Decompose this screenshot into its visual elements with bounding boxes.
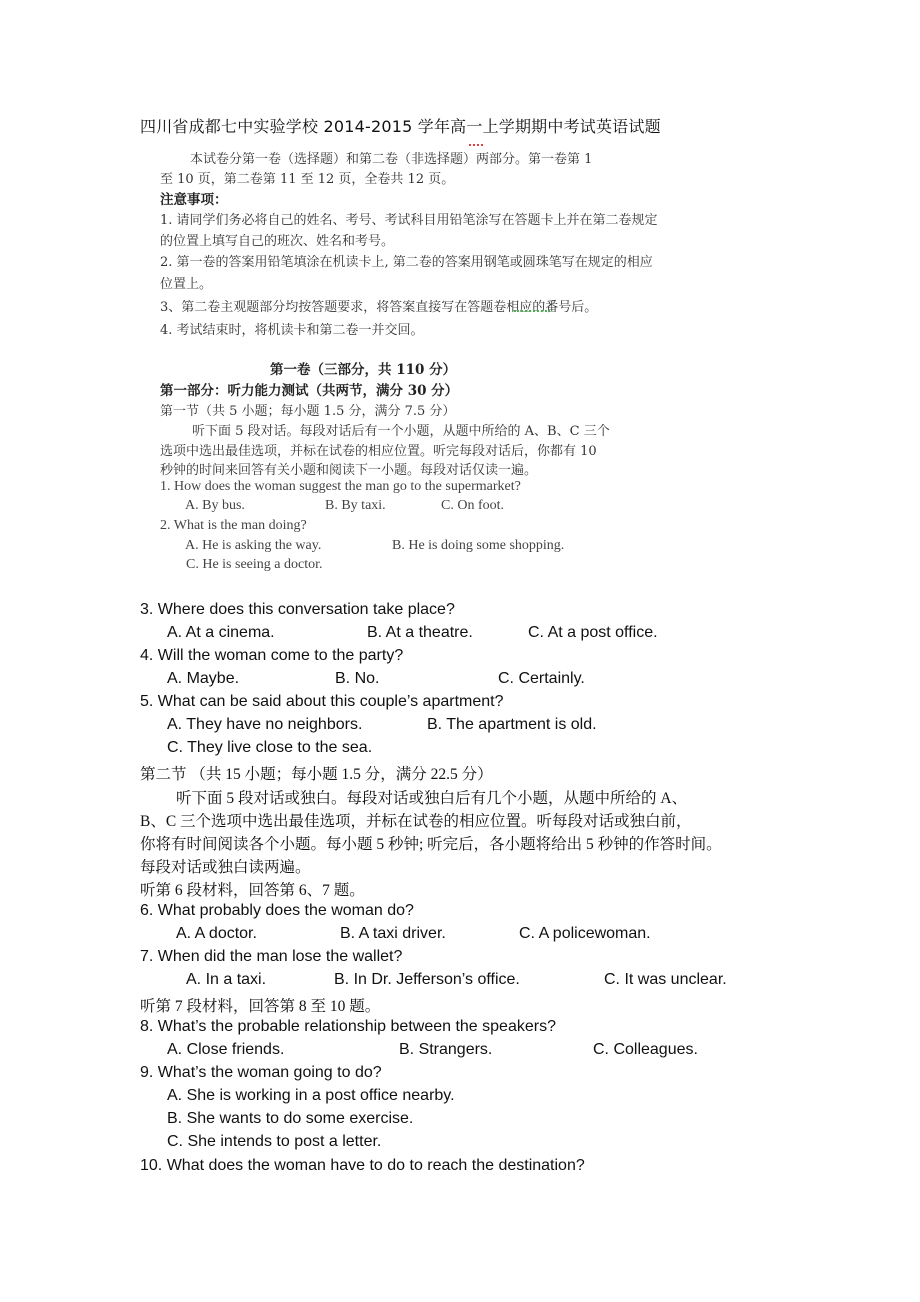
option-6a: A. A doctor.	[176, 925, 257, 943]
option-8b: B. Strangers.	[399, 1041, 492, 1059]
material-7-heading: 听第 7 段材料，回答第 8 至 10 题。	[140, 994, 380, 1016]
question-5: 5. What can be said about this couple’s …	[140, 693, 503, 711]
option-1a: A. By bus.	[185, 498, 245, 514]
subsection2-instruction: B、C 三个选项中选出最佳选项，并标在试卷的相应位置。听每段对话或独白前，	[140, 809, 692, 831]
option-9a: A. She is working in a post office nearb…	[167, 1087, 455, 1105]
question-6: 6. What probably does the woman do?	[140, 902, 414, 920]
option-8a: A. Close friends.	[167, 1041, 284, 1059]
question-10: 10. What does the woman have to do to re…	[140, 1157, 585, 1175]
subsection2-instruction: 每段对话或独白读两遍。	[140, 855, 311, 877]
option-6b: B. A taxi driver.	[340, 925, 446, 943]
spellcheck-underline	[469, 141, 483, 146]
subsection2-instruction: 你将有时间阅读各个小题。每小题 5 秒钟; 听完后，各小题将给出 5 秒钟的作答…	[140, 832, 722, 854]
option-3a: A. At a cinema.	[167, 624, 275, 642]
option-3b: B. At a theatre.	[367, 624, 473, 642]
intro-line-1: 本试卷分第一卷（选择题）和第二卷（非选择题）两部分。第一卷第 1	[190, 148, 592, 167]
intro-line-2: 至 10 页，第二卷第 11 至 12 页，全卷共 12 页。	[160, 168, 454, 187]
material-6-heading: 听第 6 段材料，回答第 6、7 题。	[140, 878, 365, 900]
part1-heading: 第一卷（三部分，共 110 分）	[270, 358, 456, 378]
subsection1-heading: 第一节（共 5 小题；每小题 1.5 分，满分 7.5 分）	[160, 400, 455, 419]
subsection2-instruction: 听下面 5 段对话或独白。每段对话或独白后有几个小题，从题中所给的 A、	[176, 786, 687, 808]
option-5a: A. They have no neighbors.	[167, 716, 362, 734]
option-5c: C. They live close to the sea.	[167, 739, 372, 757]
option-1b: B. By taxi.	[325, 498, 386, 514]
option-4c: C. Certainly.	[498, 670, 585, 688]
question-7: 7. When did the man lose the wallet?	[140, 948, 402, 966]
notes-heading: 注意事项：	[160, 188, 228, 208]
subsection2-heading: 第二节 （共 15 小题；每小题 1.5 分，满分 22.5 分）	[140, 762, 493, 784]
question-4: 4. Will the woman come to the party?	[140, 647, 403, 665]
option-9b: B. She wants to do some exercise.	[167, 1110, 413, 1128]
option-6c: C. A policewoman.	[519, 925, 651, 943]
option-4a: A. Maybe.	[167, 670, 239, 688]
document-title: 四川省成都七中实验学校 2014-2015 学年高一上学期期中考试英语试题	[140, 114, 661, 137]
option-3c: C. At a post office.	[528, 624, 658, 642]
subsection1-instruction: 听下面 5 段对话。每段对话后有一个小题，从题中所给的 A、B、C 三个	[192, 420, 610, 439]
option-4b: B. No.	[335, 670, 379, 688]
notes-item: 2. 第一卷的答案用铅笔填涂在机读卡上, 第二卷的答案用钢笔或圆珠笔写在规定的相…	[160, 251, 653, 270]
notes-item: 的位置上填写自己的班次、姓名和考号。	[160, 230, 394, 249]
notes-item: 位置上。	[160, 273, 212, 292]
subsection1-instruction: 秒钟的时间来回答有关小题和阅读下一小题。每段对话仅读一遍。	[160, 459, 537, 478]
question-3: 3. Where does this conversation take pla…	[140, 601, 455, 619]
notes-item: 3、第二卷主观题部分均按答题要求，将答案直接写在答题卷相应的番号后。	[160, 296, 597, 315]
option-8c: C. Colleagues.	[593, 1041, 698, 1059]
option-9c: C. She intends to post a letter.	[167, 1133, 381, 1151]
subsection1-instruction: 选项中选出最佳选项，并标在试卷的相应位置。听完每段对话后，你都有 10	[160, 440, 597, 459]
section1-heading: 第一部分：听力能力测试（共两节，满分 30 分）	[160, 379, 458, 399]
option-5b: B. The apartment is old.	[427, 716, 597, 734]
question-9: 9. What’s the woman going to do?	[140, 1064, 382, 1082]
document-page: 四川省成都七中实验学校 2014-2015 学年高一上学期期中考试英语试题 本试…	[0, 0, 920, 1302]
notes-item: 4. 考试结束时，将机读卡和第二卷一并交回。	[160, 319, 424, 338]
option-2a: A. He is asking the way.	[185, 538, 321, 554]
option-7b: B. In Dr. Jefferson’s office.	[334, 971, 520, 989]
question-1: 1. How does the woman suggest the man go…	[160, 479, 521, 495]
notes-item: 1. 请同学们务必将自己的姓名、考号、考试科目用铅笔涂写在答题卡上并在第二卷规定	[160, 209, 658, 228]
grammar-underline	[514, 307, 550, 312]
option-7c: C. It was unclear.	[604, 971, 727, 989]
option-1c: C. On foot.	[441, 498, 504, 514]
option-7a: A. In a taxi.	[186, 971, 266, 989]
question-2: 2. What is the man doing?	[160, 518, 307, 534]
option-2b: B. He is doing some shopping.	[392, 538, 564, 554]
question-8: 8. What’s the probable relationship betw…	[140, 1018, 556, 1036]
option-2c: C. He is seeing a doctor.	[186, 557, 322, 573]
